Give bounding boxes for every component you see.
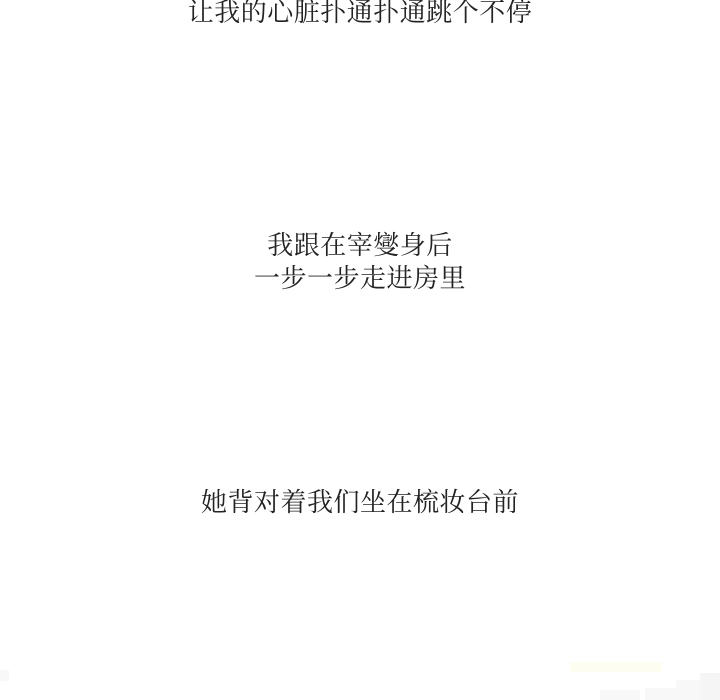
caption-following-into-room: 我跟在宰燮身后 一步一步走进房里 [0, 229, 720, 295]
panel-edge-fragment [570, 662, 662, 672]
webtoon-reader-page: 让我的心脏扑通扑通跳个不停 我跟在宰燮身后 一步一步走进房里 她背对着我们坐在梳… [0, 0, 720, 700]
caption-line: 她背对着我们坐在梳妆台前 [0, 486, 720, 519]
panel-edge-fragment [0, 670, 9, 681]
panel-edge-fragment [700, 673, 720, 700]
caption-line: 一步一步走进房里 [0, 262, 720, 295]
caption-line: 我跟在宰燮身后 [0, 229, 720, 262]
caption-heartbeat: 让我的心脏扑通扑通跳个不停 [0, 0, 720, 29]
panel-edge-fragment [600, 690, 640, 700]
panel-edge-fragment [676, 680, 720, 700]
caption-vanity-table: 她背对着我们坐在梳妆台前 [0, 486, 720, 519]
panel-edge-fragment [645, 688, 720, 700]
caption-line: 让我的心脏扑通扑通跳个不停 [0, 0, 720, 29]
